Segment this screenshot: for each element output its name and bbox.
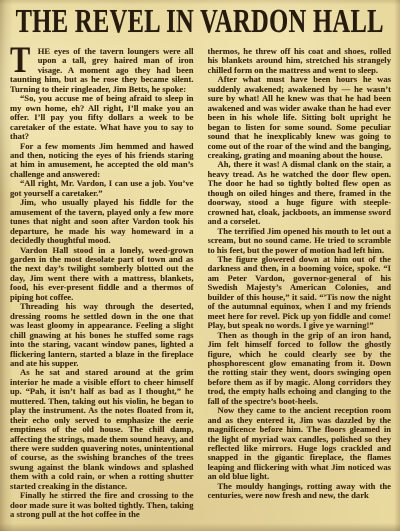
dropcap-letter: T bbox=[10, 48, 30, 74]
paragraph: For a few moments Jim hemmed and hawed a… bbox=[10, 142, 194, 180]
paragraph: Then as though in the grip of an iron ha… bbox=[208, 331, 392, 407]
paragraph: “All right, Mr. Vardon, I can use a job.… bbox=[10, 179, 194, 198]
right-column: thermos, he threw off his coat and shoes… bbox=[208, 47, 392, 530]
paragraph: Jim, who usually played his fiddle for t… bbox=[10, 198, 194, 245]
paragraph: After what must have been hours he was s… bbox=[208, 75, 392, 160]
paragraph: THE eyes of the tavern loungers were all… bbox=[10, 47, 194, 94]
paragraph: Threading his way through the deserted, … bbox=[10, 302, 194, 368]
left-column: THE eyes of the tavern loungers were all… bbox=[10, 47, 194, 530]
paragraph: “So, you accuse me of being afraid to sl… bbox=[10, 94, 194, 141]
paragraph: The terrified Jim opened his mouth to le… bbox=[208, 227, 392, 255]
page-title: THE REVEL IN VARDON HALL bbox=[16, 5, 384, 39]
paragraph: As he sat and stared around at the grim … bbox=[10, 368, 194, 491]
masthead: THE REVEL IN VARDON HALL bbox=[0, 0, 400, 44]
paragraph: The mouldy hangings, rotting away with t… bbox=[208, 482, 392, 501]
article-body: THE eyes of the tavern loungers were all… bbox=[0, 44, 400, 530]
paragraph: Now they came to the ancient reception r… bbox=[208, 406, 392, 482]
paragraph: Finally he stirred the fire and crossing… bbox=[10, 491, 194, 519]
paragraph: Ah, there it was! A dismal clank on the … bbox=[208, 160, 392, 226]
paragraph: Vardon Hall stood in a lonely, weed-grow… bbox=[10, 246, 194, 303]
paragraph: thermos, he threw off his coat and shoes… bbox=[208, 47, 392, 75]
magazine-page: THE REVEL IN VARDON HALL THE eyes of the… bbox=[0, 0, 400, 531]
paragraph: The figure glowered down at him out of t… bbox=[208, 255, 392, 331]
